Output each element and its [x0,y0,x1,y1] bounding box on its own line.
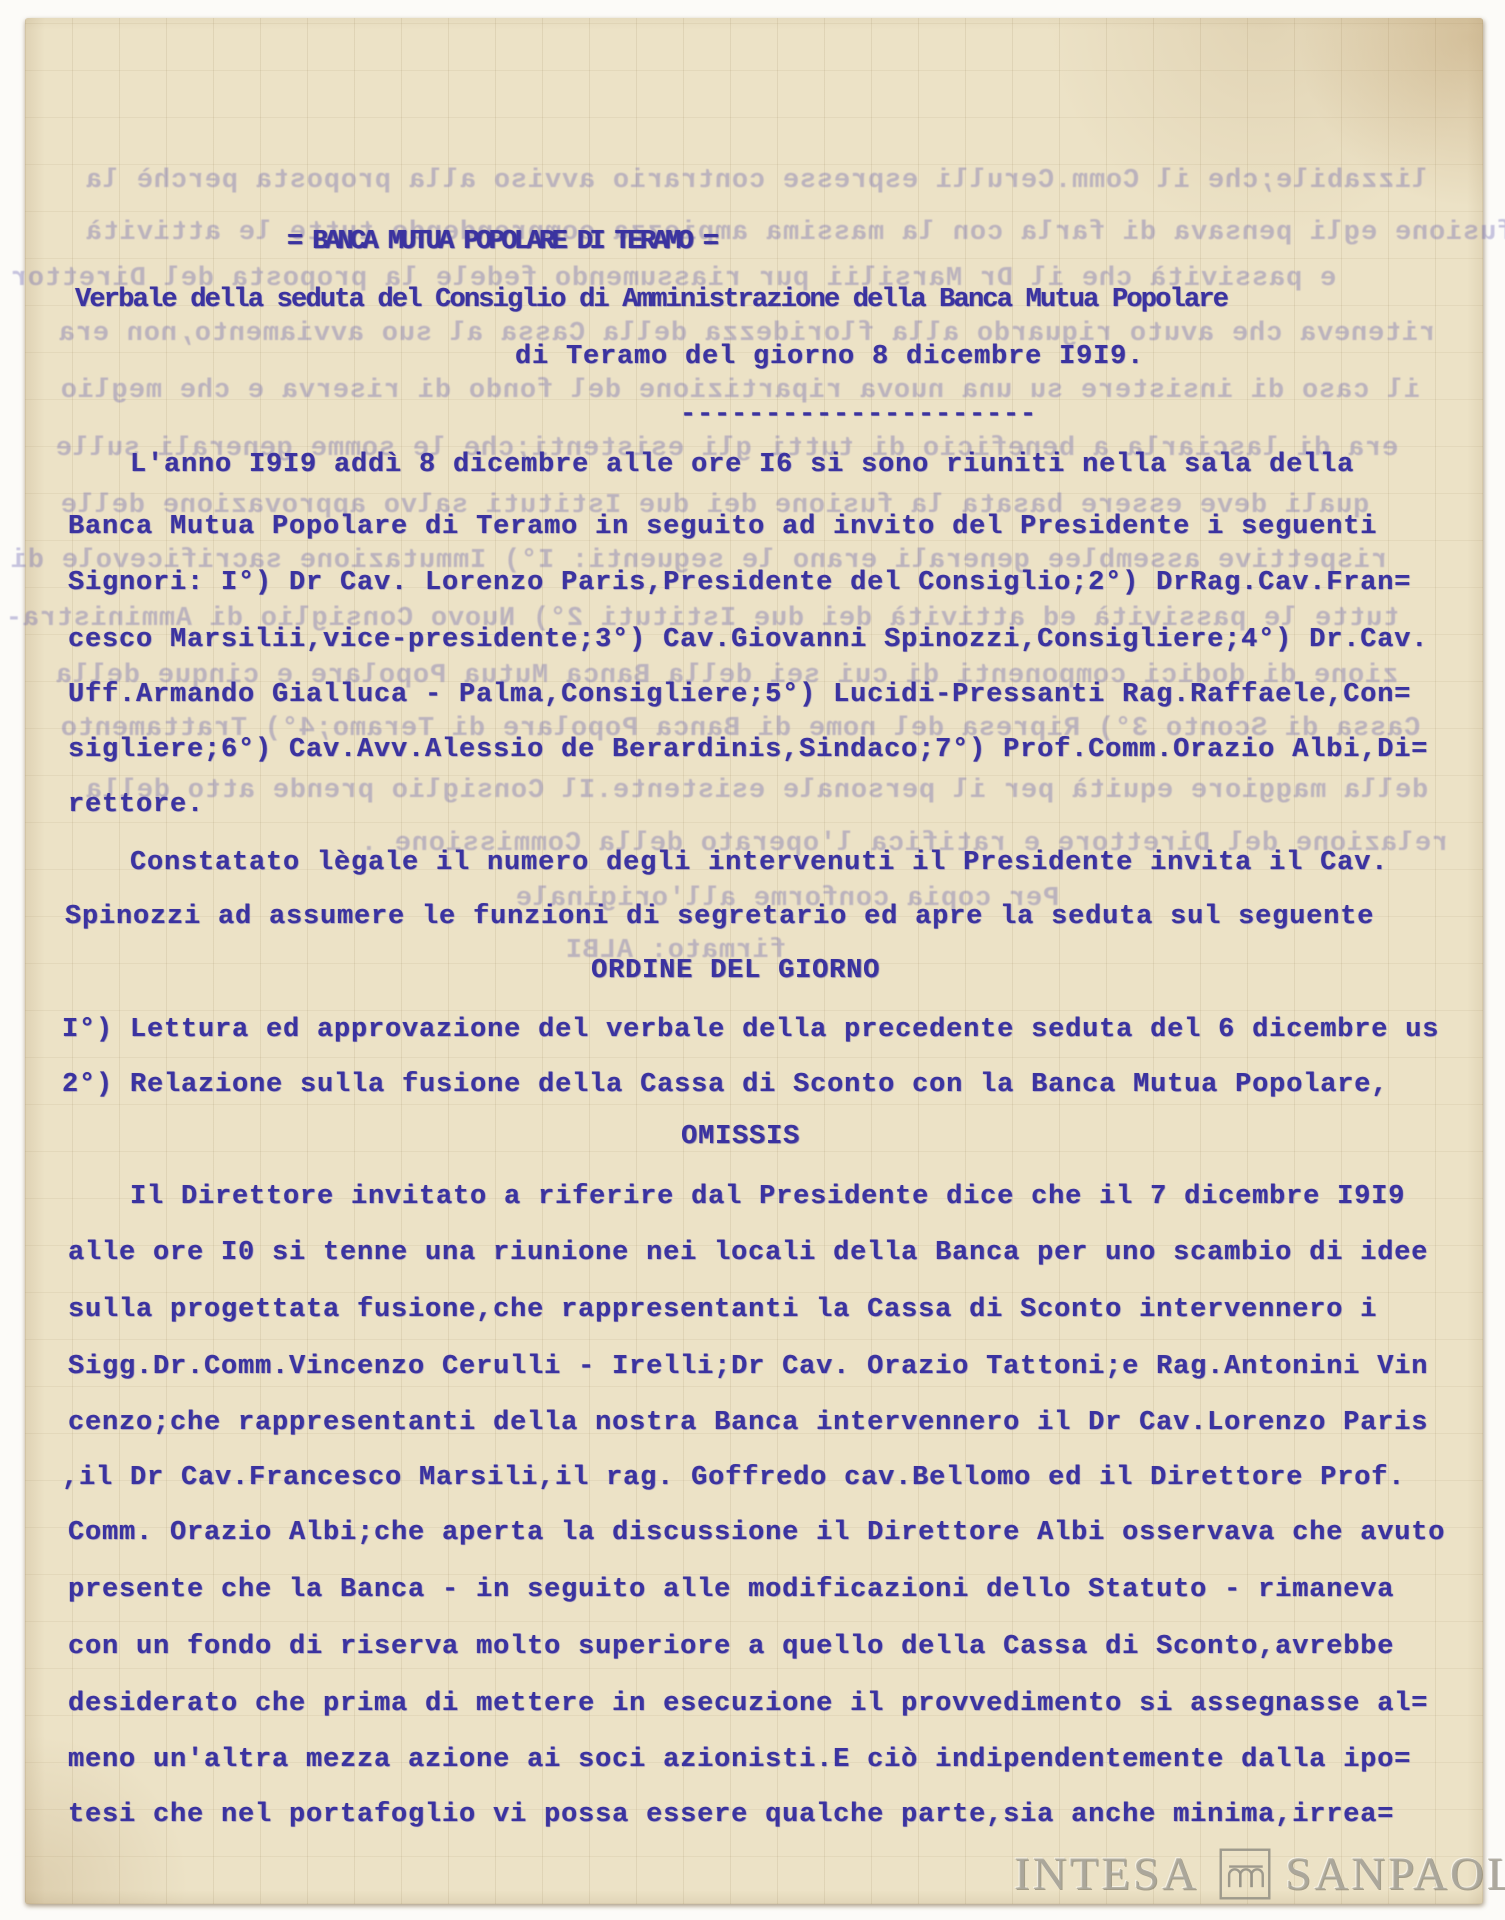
document-dateline: di Teramo del giorno 8 dicembre I9I9. [515,342,1144,372]
section-heading: ORDINE DEL GIORNO [591,956,880,986]
bleedthrough-line: e passività che il Dr Marsilii pur riass… [10,264,1336,294]
dashed-separator: --------------------- [680,400,1037,430]
typed-line: Banca Mutua Popolare di Teramo in seguit… [68,512,1377,542]
bleedthrough-line: Cassa di Sconto 3°) Ripresa del nome di … [60,714,1420,744]
bleedthrough-line: Per copia conforme all'originale [515,884,1059,914]
typed-line: sulla progettata fusione,che rappresenta… [68,1295,1377,1325]
typed-line: Il Direttore invitato a riferire dal Pre… [130,1182,1405,1212]
typed-line: tesi che nel portafoglio vi possa essere… [68,1800,1394,1830]
typed-line: meno un'altra mezza azione ai soci azion… [68,1745,1411,1775]
typed-line: ,il Dr Cav.Francesco Marsili,il rag. Gof… [62,1463,1405,1493]
section-heading: OMISSIS [681,1122,800,1152]
typed-line: Constatato lègale il numero degli interv… [130,848,1388,878]
bleedthrough-line: rispettive assemblee generali erano le s… [10,546,1387,576]
intesa-sanpaolo-aqueduct-logo-icon [1217,1846,1273,1902]
document-title: = BANCA MUTUA POPOLARE DI TERAMO = [287,227,716,257]
typed-line: cenzo;che rappresentanti della nostra Ba… [68,1408,1428,1438]
agenda-item: 2°) Relazione sulla fusione della Cassa … [62,1070,1388,1100]
typed-line: rettore. [68,790,204,820]
typed-line: cesco Marsilii,vice-presidente;3°) Cav.G… [68,625,1428,655]
typed-line: L'anno I9I9 addì 8 dicembre alle ore I6 … [130,450,1354,480]
bleedthrough-line: della maggiore equità per il personale e… [85,776,1428,806]
typed-line: Spinozzi ad assumere le funzioni di segr… [65,902,1374,932]
bleedthrough-line: lizzabile;che il Comm.Cerulli espresse c… [85,166,1428,196]
typed-line: Signori: I°) Dr Cav. Lorenzo Paris,Presi… [68,568,1411,598]
bleedthrough-line: era di lasciarla a beneficio di tutti gl… [55,434,1398,464]
bleedthrough-text-layer: lizzabile;che il Comm.Cerulli espresse c… [25,18,1483,1904]
typed-line: presente che la Banca - in seguito alle … [68,1575,1394,1605]
typed-line: alle ore I0 si tenne una riunione nei lo… [68,1238,1428,1268]
watermark: INTESA SANPAOLO [1014,1845,1505,1903]
typed-line: Comm. Orazio Albi;che aperta la discussi… [68,1518,1445,1548]
typed-line: sigliere;6°) Cav.Avv.Alessio de Berardin… [68,735,1428,765]
bleedthrough-line: quali deve essere basata la fusione dei … [60,491,1369,521]
typed-line: desiderato che prima di mettere in esecu… [68,1689,1428,1719]
bleedthrough-line: relazione del Direttore e ratifica l'ope… [360,829,1448,859]
bleedthrough-line: zione di dodici componenti di cui sei de… [55,661,1398,691]
bleedthrough-line: fusione egli pensava di farla con la mas… [85,218,1505,248]
agenda-item: I°) Lettura ed approvazione del verbale … [62,1015,1439,1045]
typed-text-layer: = BANCA MUTUA POPOLARE DI TERAMO =Verbal… [25,18,1483,1904]
watermark-intesa-text: INTESA [1014,1851,1199,1898]
document-subtitle: Verbale della seduta del Consiglio di Am… [75,285,1227,315]
typed-line: Sigg.Dr.Comm.Vincenzo Cerulli - Irelli;D… [68,1352,1428,1382]
bleedthrough-line: riteneva che avuto riguardo alla floride… [58,319,1435,349]
bleedthrough-line: il caso di insistere su una nuova ripart… [60,376,1420,406]
typed-line: Uff.Armando Gialluca - Palma,Consigliere… [68,680,1411,710]
typed-line: con un fondo di riserva molto superiore … [68,1632,1394,1662]
watermark-sanpaolo-text: SANPAOLO [1285,1851,1505,1898]
document-page: lizzabile;che il Comm.Cerulli espresse c… [25,18,1483,1904]
bleedthrough-line: tutte le passività ed attività dei due I… [5,604,1399,634]
bleedthrough-line: firmato: ALBI [565,936,786,966]
